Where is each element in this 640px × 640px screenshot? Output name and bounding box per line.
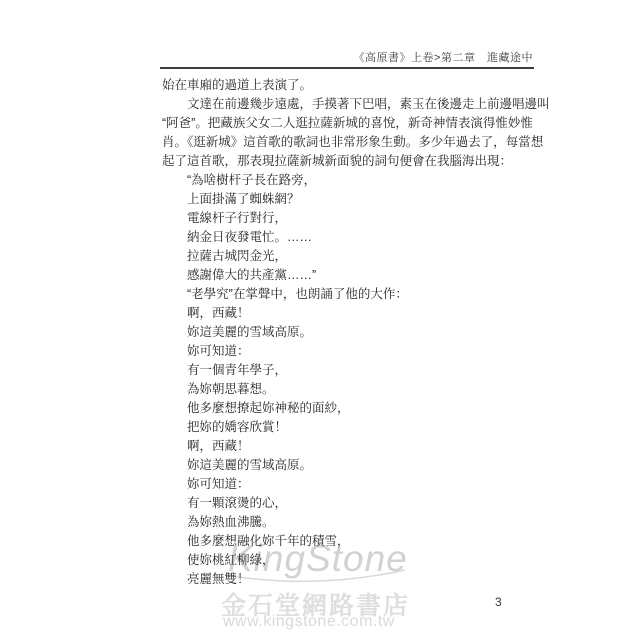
body-text-line: 有一顆滾燙的心， [162,494,550,513]
body-text-line: 為妳熱血沸騰。 [162,513,550,532]
header-rule [160,67,534,69]
body-text-line: “老學究”在掌聲中，也朗誦了他的大作： [162,285,550,304]
body-text-line: “阿爸”。把藏族父女二人逛拉薩新城的喜悅，新奇神情表演得惟妙惟 [162,114,550,133]
body-text-line: 始在車廂的過道上表演了。 [162,76,550,95]
body-text-line: 妳可知道： [162,342,550,361]
body-text-line: 肖。《逛新城》這首歌的歌詞也非常形象生動。多少年過去了，每當想 [162,133,550,152]
body-text-block: 始在車廂的過道上表演了。 文達在前邊幾步遠處，手摸著下巴唱，素玉在後邊走上前邊唱… [162,76,550,589]
body-text-line: 納金日夜發電忙。…… [162,228,550,247]
page-number: 3 [495,595,502,609]
body-text-line: 亮麗無雙！ [162,570,550,589]
running-head: 《高原書》上卷>第二章 進藏途中 [354,49,533,65]
body-text-line: 電線杆子行對行， [162,209,550,228]
body-text-line: 啊，西藏！ [162,304,550,323]
book-page: 《高原書》上卷>第二章 進藏途中 KingStone 金石堂網路書店 www.k… [0,0,640,640]
body-text-line: 文達在前邊幾步遠處，手摸著下巴唱，素玉在後邊走上前邊唱邊叫 [162,95,550,114]
body-text-line: 把妳的嬌容欣賞！ [162,418,550,437]
body-text-line: 啊，西藏！ [162,437,550,456]
body-text-line: 上面掛滿了蜘蛛網？ [162,190,550,209]
body-text-line: 有一個青年學子， [162,361,550,380]
body-text-line: 妳這美麗的雪域高原。 [162,323,550,342]
body-text-line: 為妳朝思暮想。 [162,380,550,399]
body-text-line: 感謝偉大的共產黨……” [162,266,550,285]
body-text-line: 使妳桃紅柳綠， [162,551,550,570]
body-text-line: 妳可知道： [162,475,550,494]
kingstone-url-watermark: www.kingstone.com.tw [223,613,395,631]
body-text-line: 他多麼想融化妳千年的積雪， [162,532,550,551]
body-text-line: 拉薩古城閃金光， [162,247,550,266]
body-text-line: 起了這首歌，那表現拉薩新城新面貌的詞句便會在我腦海出現： [162,152,550,171]
body-text-line: 他多麼想撩起妳神秘的面紗， [162,399,550,418]
body-text-line: “為啥樹杆子長在路旁， [162,171,550,190]
body-text-line: 妳這美麗的雪域高原。 [162,456,550,475]
